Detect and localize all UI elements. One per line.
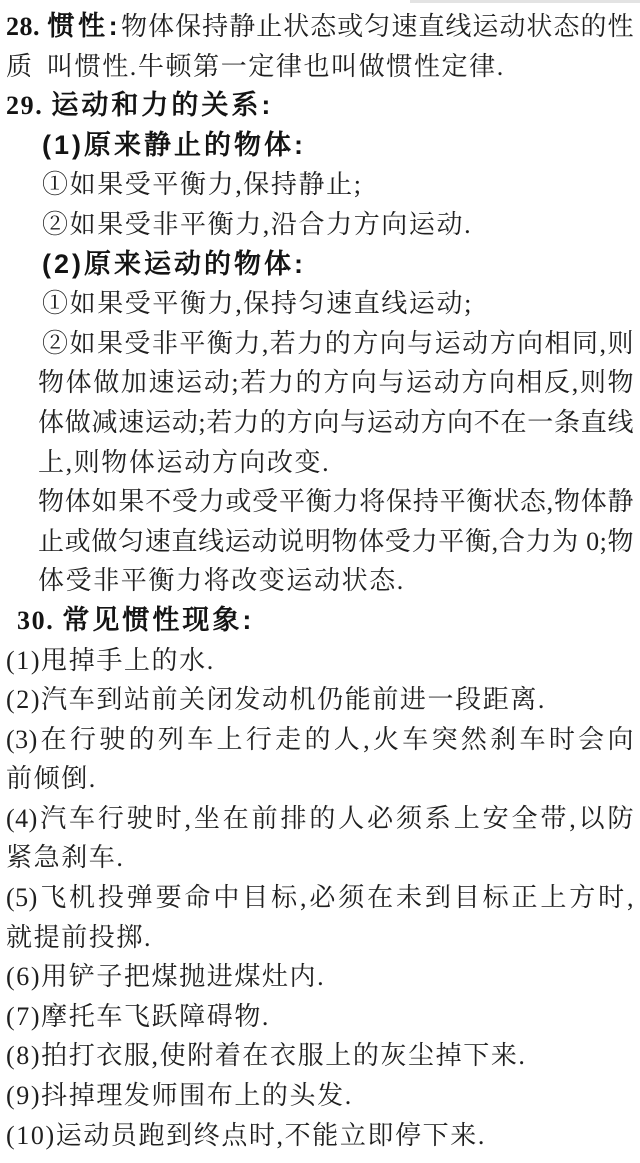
text-run: 物体做加速运动;若力的方向与运动方向相反,则物 [38, 368, 634, 397]
text-run: (6)用铲子把煤抛进煤灶内. [6, 962, 325, 991]
line-30-item7: (7)摩托车飞跃障碍物. [6, 997, 640, 1037]
text-run: ②如果受非平衡力,若力的方向与运动方向相同,则 [42, 329, 634, 358]
term-heading: 常见惯性现象: [62, 605, 254, 635]
text-run: (9)抖掉理发师围布上的头发. [6, 1081, 353, 1110]
text-run: (1)甩掉手上的水. [6, 646, 215, 675]
line-28-cont: 叫惯性.牛顿第一定律也叫做惯性定律. [47, 47, 640, 87]
line-30-item5: (5)飞机投弹要命中目标,必须在未到目标正上方时, [6, 878, 634, 918]
line-30-item9: (9)抖掉理发师围布上的头发. [6, 1076, 640, 1116]
line-30-item3-cont: 前倾倒. [6, 759, 640, 799]
line-29-summary-a: 物体如果不受力或受平衡力将保持平衡状态,物体静 [38, 482, 634, 522]
text-run: (10)运动员跑到终点时,不能立即停下来. [6, 1121, 486, 1150]
text-run: 体做减速运动;若力的方向与运动方向不在一条直线 [38, 408, 634, 437]
line-30-item5-cont: 就提前投掷. [6, 918, 640, 958]
term-heading: 运动和力的关系: [51, 90, 273, 120]
line-30-heading: 30. 常见惯性现象: [17, 601, 640, 641]
text-run: (3)在行驶的列车上行走的人,火车突然刹车时会向 [6, 725, 634, 754]
textbook-page: 28. 惯性:物体保持静止状态或匀速直线运动状态的性质 叫惯性.牛顿第一定律也叫… [0, 0, 640, 1163]
item-number: 30. [17, 606, 62, 635]
text-run: 物体如果不受力或受平衡力将保持平衡状态,物体静 [38, 487, 634, 516]
item-number: 28. [6, 12, 48, 41]
line-28-heading: 28. 惯性:物体保持静止状态或匀速直线运动状态的性质 [6, 7, 634, 47]
text-run: 就提前投掷. [6, 923, 152, 952]
line-30-item4: (4)汽车行驶时,坐在前排的人必须系上安全带,以防 [6, 799, 634, 839]
line-30-item10: (10)运动员跑到终点时,不能立即停下来. [6, 1116, 640, 1156]
line-30-item2: (2)汽车到站前关闭发动机仍能前进一段距离. [6, 680, 640, 720]
text-run: (4)汽车行驶时,坐在前排的人必须系上安全带,以防 [6, 804, 634, 833]
line-29-sub2-item2-b: 物体做加速运动;若力的方向与运动方向相反,则物 [38, 363, 634, 403]
text-run: (7)摩托车飞跃障碍物. [6, 1002, 270, 1031]
line-30-item6: (6)用铲子把煤抛进煤灶内. [6, 957, 640, 997]
text-run: (5)飞机投弹要命中目标,必须在未到目标正上方时, [6, 883, 634, 912]
text-run: (2)汽车到站前关闭发动机仍能前进一段距离. [6, 685, 546, 714]
line-29-sub1-item1: ①如果受平衡力,保持静止; [42, 165, 640, 205]
scan-edge-artifact [410, 0, 640, 3]
line-29-sub1-item2: ②如果受非平衡力,沿合力方向运动. [42, 205, 640, 245]
text-run: 上,则物体运动方向改变. [38, 448, 330, 477]
line-29-heading: 29. 运动和力的关系: [6, 86, 640, 126]
line-30-item1: (1)甩掉手上的水. [6, 641, 640, 681]
text-run: 前倾倒. [6, 764, 97, 793]
line-29-summary-c: 体受非平衡力将改变运动状态. [38, 561, 640, 601]
text-run: ②如果受非平衡力,沿合力方向运动. [42, 210, 472, 239]
term-heading: 惯性: [48, 11, 121, 41]
text-run: ①如果受平衡力,保持静止; [42, 170, 363, 199]
text-run: 叫惯性.牛顿第一定律也叫做惯性定律. [47, 52, 505, 81]
line-30-item3: (3)在行驶的列车上行走的人,火车突然刹车时会向 [6, 720, 634, 760]
line-29-sub1-heading: (1)原来静止的物体: [42, 126, 640, 166]
sub-heading: (2)原来运动的物体: [42, 249, 306, 279]
line-29-summary-b: 止或做匀速直线运动说明物体受力平衡,合力为 0;物 [38, 522, 634, 562]
item-number: 29. [6, 91, 51, 120]
text-run: (8)拍打衣服,使附着在衣服上的灰尘掉下来. [6, 1041, 527, 1070]
line-29-sub2-heading: (2)原来运动的物体: [42, 245, 640, 285]
text-run: 体受非平衡力将改变运动状态. [38, 566, 405, 595]
line-30-item4-cont: 紧急刹车. [6, 838, 640, 878]
line-29-sub2-item1: ①如果受平衡力,保持匀速直线运动; [42, 284, 640, 324]
text-run: 紧急刹车. [6, 843, 125, 872]
line-29-sub2-item2-c: 体做减速运动;若力的方向与运动方向不在一条直线 [38, 403, 634, 443]
line-30-item8: (8)拍打衣服,使附着在衣服上的灰尘掉下来. [6, 1036, 640, 1076]
line-29-sub2-item2-d: 上,则物体运动方向改变. [38, 443, 640, 483]
text-run: ①如果受平衡力,保持匀速直线运动; [42, 289, 473, 318]
sub-heading: (1)原来静止的物体: [42, 130, 306, 160]
line-29-sub2-item2-a: ②如果受非平衡力,若力的方向与运动方向相同,则 [42, 324, 634, 364]
text-run: 止或做匀速直线运动说明物体受力平衡,合力为 0;物 [38, 527, 634, 556]
